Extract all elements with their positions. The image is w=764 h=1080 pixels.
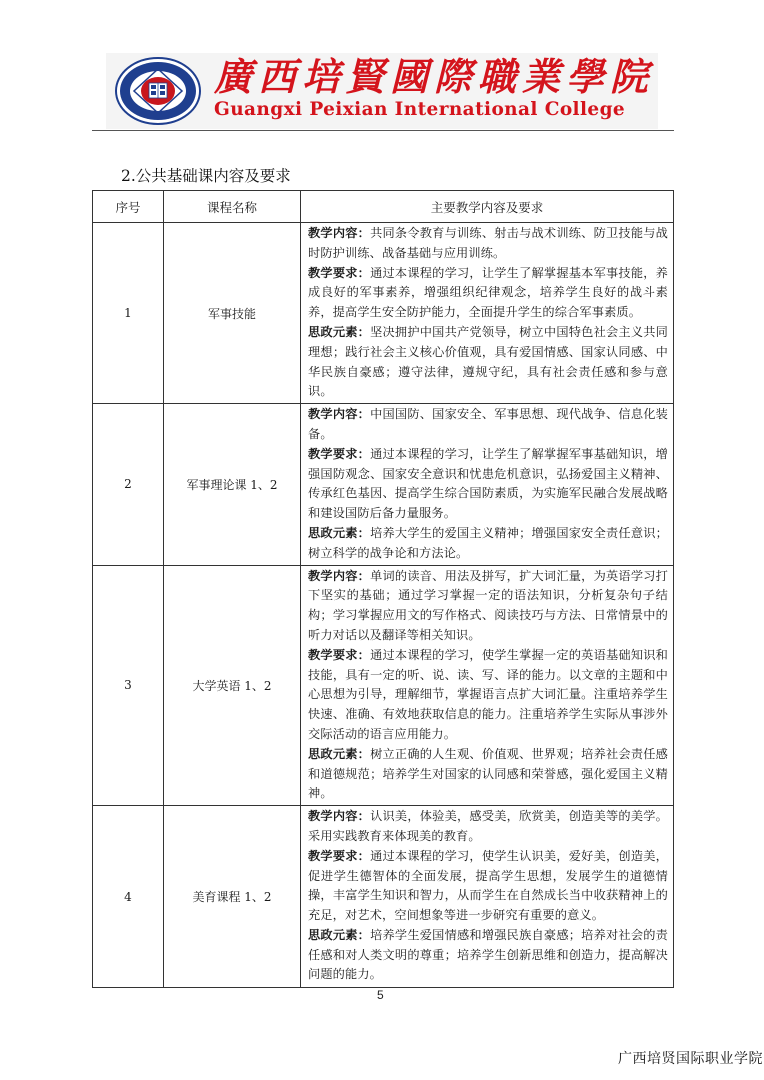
teaching-requirements: 教学要求：通过本课程的学习，使学生认识美，爱好美，创造美，促进学生德智体的全面发…	[308, 847, 668, 926]
column-header-content: 主要教学内容及要求	[301, 191, 674, 223]
teaching-content: 教学内容：共同条令教育与训练、射击与战术训练、防卫技能与战时防护训练、战备基础与…	[308, 224, 668, 264]
header-divider	[92, 130, 674, 131]
row-number: 3	[93, 565, 164, 806]
label: 教学要求：	[308, 266, 370, 280]
label: 教学内容：	[308, 226, 370, 240]
teaching-requirements: 教学要求：通过本课程的学习，使学生掌握一定的英语基础知识和技能，具有一定的听、说…	[308, 646, 668, 745]
row-number: 1	[93, 223, 164, 404]
teaching-content: 教学内容：认识美，体验美，感受美，欣赏美，创造美等的美学。采用实践教育来体现美的…	[308, 807, 668, 847]
label: 教学要求：	[308, 447, 370, 461]
course-content: 教学内容：单词的读音、用法及拼写，扩大词汇量，为英语学习打下坚实的基础；通过学习…	[301, 565, 674, 806]
column-header-number: 序号	[93, 191, 164, 223]
label: 思政元素：	[308, 325, 370, 339]
label: 思政元素：	[308, 928, 370, 942]
course-name: 大学英语 1、2	[164, 565, 301, 806]
teaching-content: 教学内容：中国国防、国家安全、军事思想、现代战争、信息化装备。	[308, 405, 668, 445]
college-banner: 廣西培賢國際職業學院 Guangxi Peixian International…	[106, 53, 658, 129]
college-name-english: Guangxi Peixian International College	[214, 99, 625, 120]
table-row: 1 军事技能 教学内容：共同条令教育与训练、射击与战术训练、防卫技能与战时防护训…	[93, 223, 674, 404]
college-name-chinese: 廣西培賢國際職業學院	[214, 55, 654, 99]
label: 思政元素：	[308, 747, 370, 761]
label: 教学内容：	[308, 809, 370, 823]
row-number: 4	[93, 806, 164, 988]
table-row: 2 军事理论课 1、2 教学内容：中国国防、国家安全、军事思想、现代战争、信息化…	[93, 404, 674, 565]
course-content: 教学内容：中国国防、国家安全、军事思想、现代战争、信息化装备。 教学要求：通过本…	[301, 404, 674, 565]
course-content: 教学内容：共同条令教育与训练、射击与战术训练、防卫技能与战时防护训练、战备基础与…	[301, 223, 674, 404]
row-number: 2	[93, 404, 164, 565]
footer-org-name: 广西培贤国际职业学院	[618, 1048, 763, 1068]
page-number: 5	[377, 988, 384, 1002]
ideological-elements: 思政元素：坚决拥护中国共产党领导，树立中国特色社会主义共同理想；践行社会主义核心…	[308, 323, 668, 402]
label: 教学内容：	[308, 569, 370, 583]
ideological-elements: 思政元素：培养学生爱国情感和增强民族自豪感；培养对社会的责任感和对人类文明的尊重…	[308, 926, 668, 985]
label: 教学内容：	[308, 407, 370, 421]
label: 教学要求：	[308, 648, 370, 662]
college-emblem-icon	[114, 56, 202, 126]
section-title: 2.公共基础课内容及要求	[121, 164, 291, 186]
course-content: 教学内容：认识美，体验美，感受美，欣赏美，创造美等的美学。采用实践教育来体现美的…	[301, 806, 674, 988]
course-name: 军事理论课 1、2	[164, 404, 301, 565]
teaching-requirements: 教学要求：通过本课程的学习，让学生了解掌握基本军事技能，养成良好的军事素养，增强…	[308, 264, 668, 323]
ideological-elements: 思政元素：培养大学生的爱国主义精神；增强国家安全责任意识；树立科学的战争论和方法…	[308, 524, 668, 564]
label: 教学要求：	[308, 849, 370, 863]
table-row: 3 大学英语 1、2 教学内容：单词的读音、用法及拼写，扩大词汇量，为英语学习打…	[93, 565, 674, 806]
table-header-row: 序号 课程名称 主要教学内容及要求	[93, 191, 674, 223]
label: 思政元素：	[308, 526, 370, 540]
teaching-requirements: 教学要求：通过本课程的学习，让学生了解掌握军事基础知识，增强国防观念、国家安全意…	[308, 445, 668, 524]
table-row: 4 美育课程 1、2 教学内容：认识美，体验美，感受美，欣赏美，创造美等的美学。…	[93, 806, 674, 988]
course-name: 军事技能	[164, 223, 301, 404]
course-name: 美育课程 1、2	[164, 806, 301, 988]
course-table: 序号 课程名称 主要教学内容及要求 1 军事技能 教学内容：共同条令教育与训练、…	[92, 190, 674, 988]
teaching-content: 教学内容：单词的读音、用法及拼写，扩大词汇量，为英语学习打下坚实的基础；通过学习…	[308, 567, 668, 646]
ideological-elements: 思政元素：树立正确的人生观、价值观、世界观；培养社会责任感和道德规范；培养学生对…	[308, 745, 668, 804]
column-header-course-name: 课程名称	[164, 191, 301, 223]
